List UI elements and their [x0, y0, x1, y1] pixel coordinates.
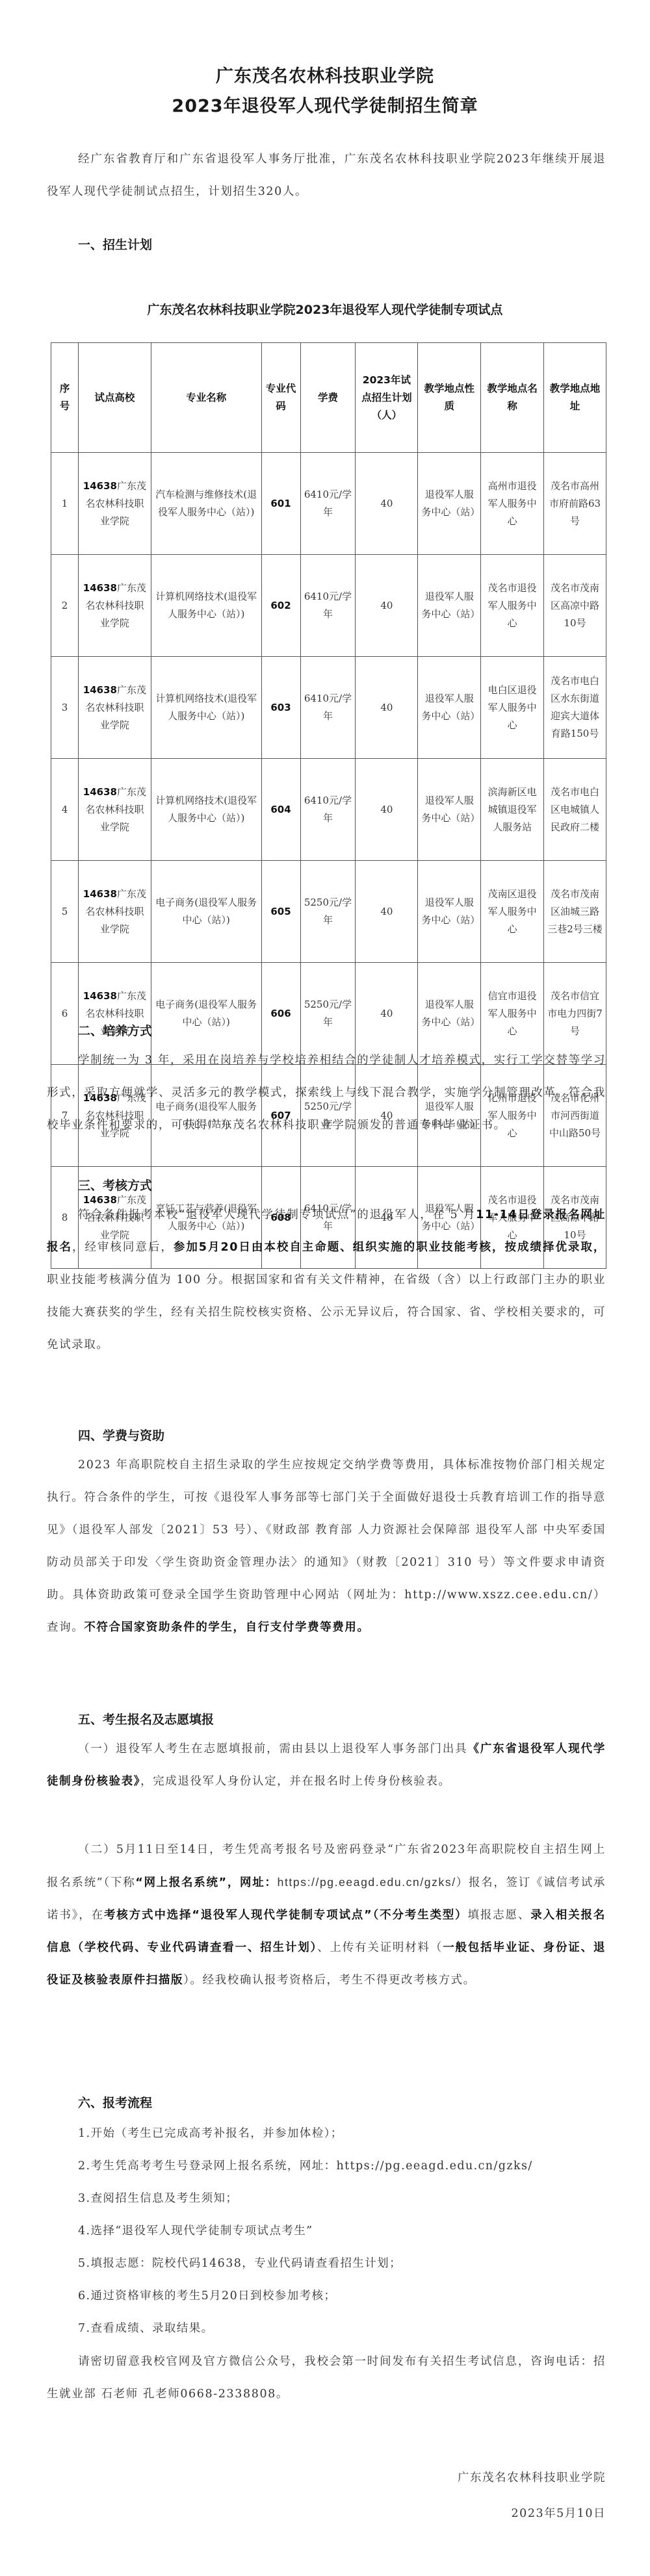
col-header-no: 序号 [51, 343, 79, 453]
cell-code: 605 [261, 861, 300, 963]
col-header-site-addr: 教学地点地址 [544, 343, 606, 453]
section-heading-assessment: 三、考核方式 [78, 1176, 152, 1193]
title-line-2: 2023年退役军人现代学徒制招生简章 [0, 92, 650, 121]
cell-no: 5 [51, 861, 79, 963]
col-header-major: 专业名称 [151, 343, 261, 453]
school-code: 14638 [83, 888, 117, 900]
reg2-bold-2: 考核方式中选择“退役军人现代学徒制专项试点”（不分考生类型） [104, 1909, 468, 1922]
cell-school: 14638广东茂名农林科技职业学院 [78, 657, 151, 759]
assessment-text-1: 符合条件报考本校“退役军人现代学徒制专项试点”的退役军人，在 5 月 [78, 1208, 476, 1221]
table-header-row: 序号 试点高校 专业名称 专业代码 学费 2023年试点招生计划（人） 教学地点… [51, 343, 606, 453]
cell-site-name: 滨海新区电城镇退役军人服务站 [481, 759, 544, 861]
process-step-1: 1.开始（考生已完成高考补报名，并参加体检）； [78, 2124, 343, 2141]
cell-plan: 40 [356, 453, 418, 555]
cell-plan: 40 [356, 657, 418, 759]
cell-site-type: 退役军人服务中心（站） [418, 759, 481, 861]
title-line-1: 广东茂名农林科技职业学院 [0, 62, 650, 92]
table-caption: 广东茂名农林科技职业学院2023年退役军人现代学徒制专项试点 [0, 300, 650, 318]
school-code: 14638 [83, 684, 117, 696]
section-heading-registration: 五、考生报名及志愿填报 [78, 1710, 214, 1728]
cell-site-name: 高州市退役军人服务中心 [481, 453, 544, 555]
cell-code: 604 [261, 759, 300, 861]
table-row: 114638广东茂名农林科技职业学院汽车检测与维修技术(退役军人服务中心（站）)… [51, 453, 606, 555]
col-header-code: 专业代码 [261, 343, 300, 453]
section-heading-training: 二、培养方式 [78, 1021, 152, 1039]
process-step-7: 7.查看成绩、录取结果。 [78, 2319, 214, 2336]
col-header-fee: 学费 [300, 343, 356, 453]
cell-fee: 6410元/学年 [300, 759, 356, 861]
cell-site-addr: 茂名市电白区水东街道迎宾大道体育路150号 [544, 657, 606, 759]
cell-code: 603 [261, 657, 300, 759]
process-step-6: 6.通过资格审核的考生5月20日到校参加考核； [78, 2287, 336, 2303]
cell-site-name: 茂名市退役军人服务中心 [481, 555, 544, 657]
cell-fee: 6410元/学年 [300, 453, 356, 555]
cell-no: 3 [51, 657, 79, 759]
table-row: 414638广东茂名农林科技职业学院计算机网络技术(退役军人服务中心（站）)60… [51, 759, 606, 861]
cell-fee: 6410元/学年 [300, 657, 356, 759]
fees-bold: 不符合国家资助条件的学生，自行支付学费等费用。 [84, 1621, 369, 1634]
cell-school: 14638广东茂名农林科技职业学院 [78, 453, 151, 555]
reg2-bold-1: “网上报名系统”，网址： [135, 1876, 277, 1889]
cell-fee: 6410元/学年 [300, 555, 356, 657]
section-heading-plan: 一、招生计划 [78, 235, 152, 253]
reg2-text-e: ）。经我校确认报考资格后，考生不得更改考核方式。 [183, 1974, 476, 1987]
cell-site-addr: 茂名市电白区电城镇人民政府二楼 [544, 759, 606, 861]
cell-site-name: 电白区退役军人服务中心 [481, 657, 544, 759]
cell-plan: 40 [356, 861, 418, 963]
section-heading-process: 六、报考流程 [78, 2093, 152, 2111]
cell-school: 14638广东茂名农林科技职业学院 [78, 759, 151, 861]
cell-site-type: 退役军人服务中心（站） [418, 453, 481, 555]
cell-major: 计算机网络技术(退役军人服务中心（站）) [151, 759, 261, 861]
cell-no: 2 [51, 555, 79, 657]
cell-site-type: 退役军人服务中心（站） [418, 657, 481, 759]
process-step-2[interactable]: 2.考生凭高考考生号登录网上报名系统，网址：https://pg.eeagd.e… [78, 2157, 533, 2173]
signature-date: 2023年5月10日 [512, 2505, 606, 2521]
cell-major: 计算机网络技术(退役军人服务中心（站）) [151, 657, 261, 759]
cell-no: 1 [51, 453, 79, 555]
fees-paragraph: 2023 年高职院校自主招生录取的学生应按规定交纳学费等费用，具体标准按物价部门… [47, 1449, 606, 1644]
cell-code: 601 [261, 453, 300, 555]
cell-site-addr: 茂名市茂南区油城三路三巷2号三楼 [544, 861, 606, 963]
reg1-text-a: （一）退役军人考生在志愿填报前，需由县以上退役军人事务部门出具 [78, 1742, 468, 1755]
signature-org: 广东茂名农林科技职业学院 [458, 2469, 606, 2485]
reg2-text-d: 、上传有关证明材料（ [317, 1941, 443, 1954]
cell-no: 4 [51, 759, 79, 861]
col-header-school: 试点高校 [78, 343, 151, 453]
training-paragraph: 学制统一为 3 年，采用在岗培养与学校培养相结合的学徒制人才培养模式，实行工学交… [47, 1044, 606, 1141]
table-row: 514638广东茂名农林科技职业学院电子商务(退役军人服务中心（站）)60552… [51, 861, 606, 963]
cell-fee: 5250元/学年 [300, 861, 356, 963]
cell-plan: 40 [356, 555, 418, 657]
process-step-5: 5.填报志愿：院校代码14638，专业代码请查看招生计划； [78, 2254, 402, 2271]
section-heading-fees: 四、学费与资助 [78, 1426, 164, 1444]
cell-code: 602 [261, 555, 300, 657]
cell-major: 计算机网络技术(退役军人服务中心（站）) [151, 555, 261, 657]
col-header-plan: 2023年试点招生计划（人） [356, 343, 418, 453]
cell-school: 14638广东茂名农林科技职业学院 [78, 555, 151, 657]
school-code: 14638 [83, 786, 117, 798]
cell-site-name: 茂南区退役军人服务中心 [481, 861, 544, 963]
process-step-4: 4.选择“退役军人现代学徒制专项试点考生” [78, 2222, 313, 2238]
registration-paragraph-1: （一）退役军人考生在志愿填报前，需由县以上退役军人事务部门出具《广东省退役军人现… [47, 1733, 606, 1798]
assessment-text-2: ，经审核同意后， [72, 1241, 174, 1254]
cell-site-addr: 茂名市高州市府前路63号 [544, 453, 606, 555]
assessment-text-3: 职业技能考核满分值为 100 分。根据国家和省有关文件精神，在省级（含）以上行政… [47, 1273, 606, 1351]
col-header-site-name: 教学地点名称 [481, 343, 544, 453]
document-title: 广东茂名农林科技职业学院 2023年退役军人现代学徒制招生简章 [0, 62, 650, 121]
cell-school: 14638广东茂名农林科技职业学院 [78, 861, 151, 963]
reg2-text-c: 填报志愿、 [467, 1909, 530, 1922]
table-row: 314638广东茂名农林科技职业学院计算机网络技术(退役军人服务中心（站）)60… [51, 657, 606, 759]
cell-plan: 40 [356, 759, 418, 861]
assessment-bold-2: 参加5月20日由本校自主命题、组织实施的职业技能考核，按成绩择优录取， [174, 1241, 606, 1254]
reg1-text-b: ，完成退役军人身份认定，并在报名时上传身份核验表。 [140, 1775, 451, 1788]
registration-paragraph-2: （二）5月11日至14日，考生凭高考报名号及密码登录“广东省2023年高职院校自… [47, 1833, 606, 1996]
cell-major: 电子商务(退役军人服务中心（站）) [151, 861, 261, 963]
assessment-paragraph: 符合条件报考本校“退役军人现代学徒制专项试点”的退役军人，在 5 月11-14日… [47, 1199, 606, 1361]
contact-notice: 请密切留意我校官网及官方微信公众号，我校会第一时间发布有关招生考试信息，咨询电话… [47, 2345, 606, 2410]
col-header-site-type: 教学地点性质 [418, 343, 481, 453]
cell-site-addr: 茂名市茂南区高凉中路10号 [544, 555, 606, 657]
table-row: 214638广东茂名农林科技职业学院计算机网络技术(退役军人服务中心（站）)60… [51, 555, 606, 657]
registration-url-link[interactable]: https://pg.eeagd.edu.cn/gzks/ [278, 1876, 456, 1889]
cell-major: 汽车检测与维修技术(退役军人服务中心（站）) [151, 453, 261, 555]
fees-text: 2023 年高职院校自主招生录取的学生应按规定交纳学费等费用，具体标准按物价部门… [47, 1459, 606, 1634]
school-code: 14638 [83, 990, 117, 1002]
school-code: 14638 [83, 480, 117, 492]
school-code: 14638 [83, 582, 117, 594]
process-step-3: 3.查阅招生信息及考生须知； [78, 2189, 238, 2206]
intro-paragraph: 经广东省教育厅和广东省退役军人事务厅批准，广东茂名农林科技职业学院2023年继续… [47, 143, 606, 208]
cell-site-type: 退役军人服务中心（站） [418, 861, 481, 963]
cell-site-type: 退役军人服务中心（站） [418, 555, 481, 657]
